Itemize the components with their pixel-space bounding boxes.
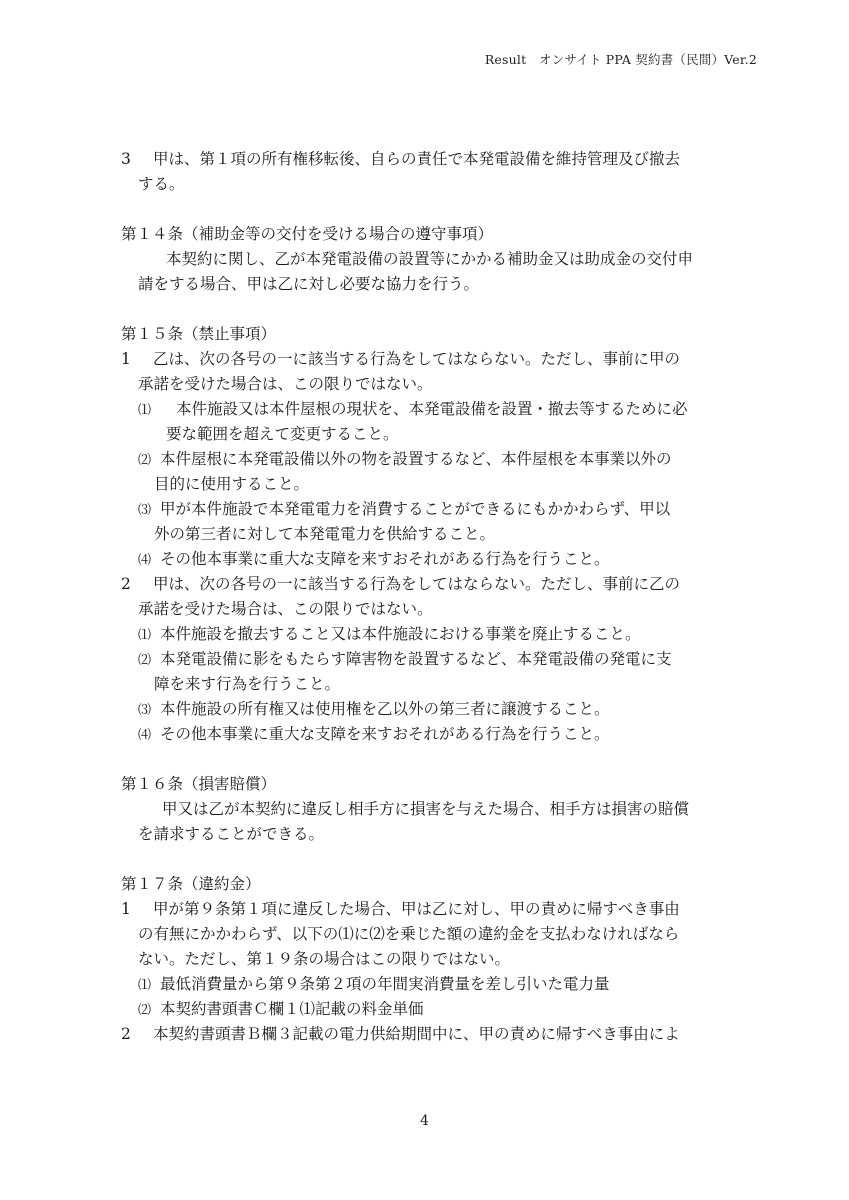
item-number: ⑴ xyxy=(138,623,160,648)
item-line: ⑶甲が本件施設で本発電電力を消費することができるにもかかわらず、甲以 xyxy=(121,497,731,522)
paragraph-line: 本契約に関し、乙が本発電設備の設置等にかかる補助金又は助成金の交付申 xyxy=(121,247,731,272)
paragraph-line: 3甲は、第１項の所有権移転後、自らの責任で本発電設備を維持管理及び撤去 xyxy=(121,147,731,172)
paragraph-line: 2本契約書頭書Ｂ欄３記載の電力供給期間中に、甲の責めに帰すべき事由によ xyxy=(121,1022,731,1047)
paragraph-line: 承諾を受けた場合は、この限りではない。 xyxy=(121,372,731,397)
article-heading: 第１５条（禁止事項） xyxy=(121,322,731,347)
item-line: ⑵本契約書頭書Ｃ欄１⑴記載の料金単価 xyxy=(121,997,731,1022)
paragraph-line: 甲又は乙が本契約に違反し相手方に損害を与えた場合、相手方は損害の賠償 xyxy=(121,797,731,822)
item-number: ⑵ xyxy=(138,648,160,673)
paragraph-number: 3 xyxy=(121,147,137,172)
document-body: 3甲は、第１項の所有権移転後、自らの責任で本発電設備を維持管理及び撤去 する。 … xyxy=(121,147,731,1047)
item-line: 要な範囲を超えて変更すること。 xyxy=(121,422,731,447)
paragraph-line: 2甲は、次の各号の一に該当する行為をしてはならない。ただし、事前に乙の xyxy=(121,572,731,597)
item-number: ⑴ xyxy=(138,973,160,998)
paragraph-line: 請をする場合、甲は乙に対し必要な協力を行う。 xyxy=(121,272,731,297)
paragraph-number: 1 xyxy=(121,897,137,922)
paragraph-line: 1乙は、次の各号の一に該当する行為をしてはならない。ただし、事前に甲の xyxy=(121,347,731,372)
item-line: ⑴本件施設又は本件屋根の現状を、本発電設備を設置・撤去等するために必 xyxy=(121,397,731,422)
document-header: Result オンサイト PPA 契約書（民間）Ver.2 xyxy=(485,50,757,68)
page-number: 4 xyxy=(0,1113,849,1129)
paragraph-number: 2 xyxy=(121,1022,137,1047)
item-line: ⑷その他本事業に重大な支障を来すおそれがある行為を行うこと。 xyxy=(121,722,731,747)
article-heading: 第１６条（損害賠償） xyxy=(121,772,731,797)
item-number: ⑶ xyxy=(138,498,160,523)
item-line: ⑵本件屋根に本発電設備以外の物を設置するなど、本件屋根を本事業以外の xyxy=(121,447,731,472)
item-line: 外の第三者に対して本発電電力を供給すること。 xyxy=(121,522,731,547)
paragraph-line: する。 xyxy=(121,172,731,197)
item-line: ⑷その他本事業に重大な支障を来すおそれがある行為を行うこと。 xyxy=(121,547,731,572)
paragraph-line: 承諾を受けた場合は、この限りではない。 xyxy=(121,597,731,622)
item-number: ⑴ xyxy=(138,398,160,423)
item-number: ⑶ xyxy=(138,698,160,723)
paragraph-line: 1甲が第９条第１項に違反した場合、甲は乙に対し、甲の責めに帰すべき事由 xyxy=(121,897,731,922)
paragraph-number: 1 xyxy=(121,347,137,372)
article-heading: 第１７条（違約金） xyxy=(121,872,731,897)
item-line: ⑶本件施設の所有権又は使用権を乙以外の第三者に譲渡すること。 xyxy=(121,697,731,722)
paragraph-line: ない。ただし、第１９条の場合はこの限りではない。 xyxy=(121,947,731,972)
article-heading: 第１４条（補助金等の交付を受ける場合の遵守事項） xyxy=(121,222,731,247)
paragraph-number: 2 xyxy=(121,572,137,597)
item-line: ⑴本件施設を撤去すること又は本件施設における事業を廃止すること。 xyxy=(121,622,731,647)
item-number: ⑵ xyxy=(138,448,160,473)
item-line: ⑵本発電設備に影をもたらす障害物を設置するなど、本発電設備の発電に支 xyxy=(121,647,731,672)
item-number: ⑵ xyxy=(138,998,160,1023)
item-line: 目的に使用すること。 xyxy=(121,472,731,497)
paragraph-line: の有無にかかわらず、以下の⑴に⑵を乗じた額の違約金を支払わなければなら xyxy=(121,922,731,947)
paragraph-line: を請求することができる。 xyxy=(121,822,731,847)
item-line: ⑴最低消費量から第９条第２項の年間実消費量を差し引いた電力量 xyxy=(121,972,731,997)
item-number: ⑷ xyxy=(138,548,160,573)
item-line: 障を来す行為を行うこと。 xyxy=(121,672,731,697)
item-number: ⑷ xyxy=(138,723,160,748)
